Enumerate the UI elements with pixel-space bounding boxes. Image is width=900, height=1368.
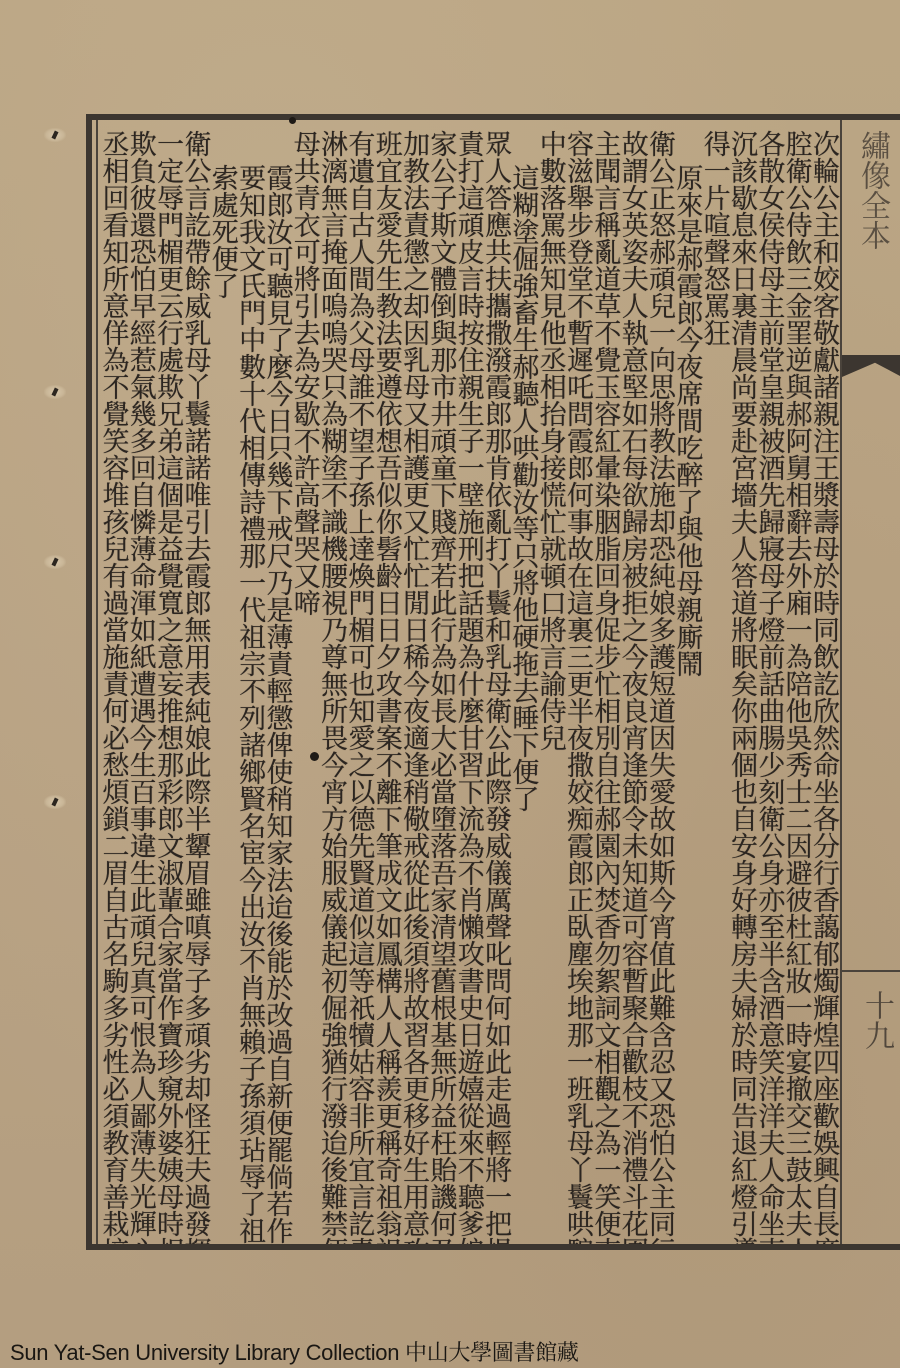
banxin-title: 繡像全本	[852, 130, 892, 250]
text-column: 有遺自古人間為父母誰不望子孫上達煥門楣可也知愛之以德先賢道似這等祇犢姑容非所宜言…	[348, 120, 375, 1244]
text-column: 一定辱門楣更云行處欺兄弟這個是益覺寬之意妄推想那彩郎文淑輩合家當作寶珍窺外婆姨母…	[157, 120, 184, 1244]
text-column: 丞相回看知所意佯為不覺笑容堆孩兒有過當施責何必愁煩鎖二眉自古名駒多劣性必須教育善…	[102, 120, 129, 1244]
text-column: 容滋舉步登堂不暫遲吒問霞郎何事故在這裏三更半夜撒姣痴霞郎正臥塵埃地那一班乳母丫鬟…	[567, 120, 594, 1244]
text-column: 沉該歇息來日裏清晨尚要赴宮墻夫人答道將眠矣你兩個也自安身好轉房夫婦於時同告退紅燈…	[731, 120, 758, 1244]
text-column: 得一片喧聲怒罵狂	[703, 120, 730, 1244]
text-column: 主聞言稱亂道草不覺玉容紅暈染胭脂回身促步忙相別自往郝園內焚香勿絮詞文相觀之為一笑…	[594, 120, 621, 1244]
ink-dot-mark	[289, 117, 296, 124]
text-column: 衛公言訖帶餘威乳母丫鬟諾諾唯引去霞郎無用表純娘此際半顰眉雖嗔辱子多頑劣却怪狂夫過…	[184, 120, 211, 1244]
text-column: 眾人答應共扶攜撒潑霞郎那肯依亂打丫鬟和乳母衛公此際發威儀厲聲叱問何如此走過輕將一…	[485, 120, 512, 1244]
text-column: 腔衛公侍飲三金罣逆與郝阿舅相辭去外廂一為陪他吳秀士二因避彼杜紅妝一時宴撤交三鼓太…	[785, 120, 812, 1244]
text-column: 次輪公主和姣客敬獻諸親注王漿壽母於時同飲訖欣然命坐各分行香藹郁燭輝煌四座歡娛興自…	[813, 120, 840, 1244]
banxin-center-strip: 繡像全本 十九	[840, 120, 900, 1244]
library-watermark: Sun Yat-Sen University Library Collectio…	[10, 1336, 579, 1367]
text-column: 家公子斯文體倒與那市井頑童下賤齊若此行為如長大必當墮落吾家清望舊根基無所益枉貽譏…	[430, 120, 457, 1244]
text-column-indented: 原來是郝霞郎今夜席間吃醉了與他母親廝鬧	[676, 120, 703, 1244]
page-number: 十九	[854, 990, 898, 1050]
text-column: 加教法責懲之却因乳母又相護更又忙忙閒日稀今夜適逢稍儆戒從此後須將故習各更移好生用…	[403, 120, 430, 1244]
text-column: 母共青衣可將引去為安歇不許高聲哭又啼	[293, 120, 320, 1244]
banxin-divider	[842, 970, 900, 972]
text-column-indented: 霞郎汝可聽見了麼今日只幾下戒尺乃是薄責輕懲俾使稍知家法迨後能於改過自新便罷倘若作…	[266, 120, 293, 1244]
text-column: 衛公正怒郝頑兒一向思將教法施却恐純娘多護短道因失愛故如斯今宵值此難含忍又恐怕公主…	[649, 120, 676, 1244]
binding-hole-lower	[44, 555, 66, 569]
text-column-indented: 索處死便了	[211, 120, 238, 1244]
fishtail-mark	[842, 355, 900, 377]
text-column-indented: 這糊塗倔強畜生郝聽人哄勸汝等只將他硬拖去睡下便了	[512, 120, 539, 1244]
binding-hole-middle	[44, 385, 66, 399]
ink-dot-mark	[310, 752, 319, 761]
binding-hole-top	[44, 128, 66, 142]
text-column-indented: 要知我文氏門中數十代相傳詩禮那一代祖宗不列諸鄉賢名宦今出汝不肖無賴子孫須玷辱了祖…	[239, 120, 266, 1244]
text-column: 班宜友愛先生教法要遵依想吾似你髫齡日日夕攻書案不離下筆成文如鳳構人人稱羨更稱奇祖…	[375, 120, 402, 1244]
text-column: 中數落罵無知見他丞相抬身接慌忙就頓口將言諭侍兒	[539, 120, 566, 1244]
inner-border-line	[96, 120, 98, 1244]
binding-hole-bottom	[44, 795, 66, 809]
text-column: 責打這頑皮言時按住親生子一壁施刑把話題為什麼甘習下流為不肖懶攻書史日遊嬉從來不聽…	[457, 120, 484, 1244]
text-column: 欺負彼還恐怕早經惹氣幾多回自憐薄命渾如紙遭遇今生百事違生此頑兒真可恨為人鄙薄失光…	[129, 120, 156, 1244]
text-column: 故謂女英姿夫人執意堅如石每欲歸房被拒之今夜良宵逢節令未知道可容暫聚合歡枝不消禮斗…	[621, 120, 648, 1244]
vertical-text-body: 次輪公主和姣客敬獻諸親注王漿壽母於時同飲訖欣然命坐各分行香藹郁燭輝煌四座歡娛興自…	[102, 120, 840, 1244]
text-column: 各散女侯侍母主前堂皇親被酒先歸寢母子燈前話曲腸少刻衛公身亦至半含酒意笑洋洋夫人命…	[758, 120, 785, 1244]
text-column: 淋漓無言掩面嗚嗚哭只為糊塗不識機腰視乃尊無所畏今宵方始服威儀起初倔強猶行潑迨後難…	[321, 120, 348, 1244]
